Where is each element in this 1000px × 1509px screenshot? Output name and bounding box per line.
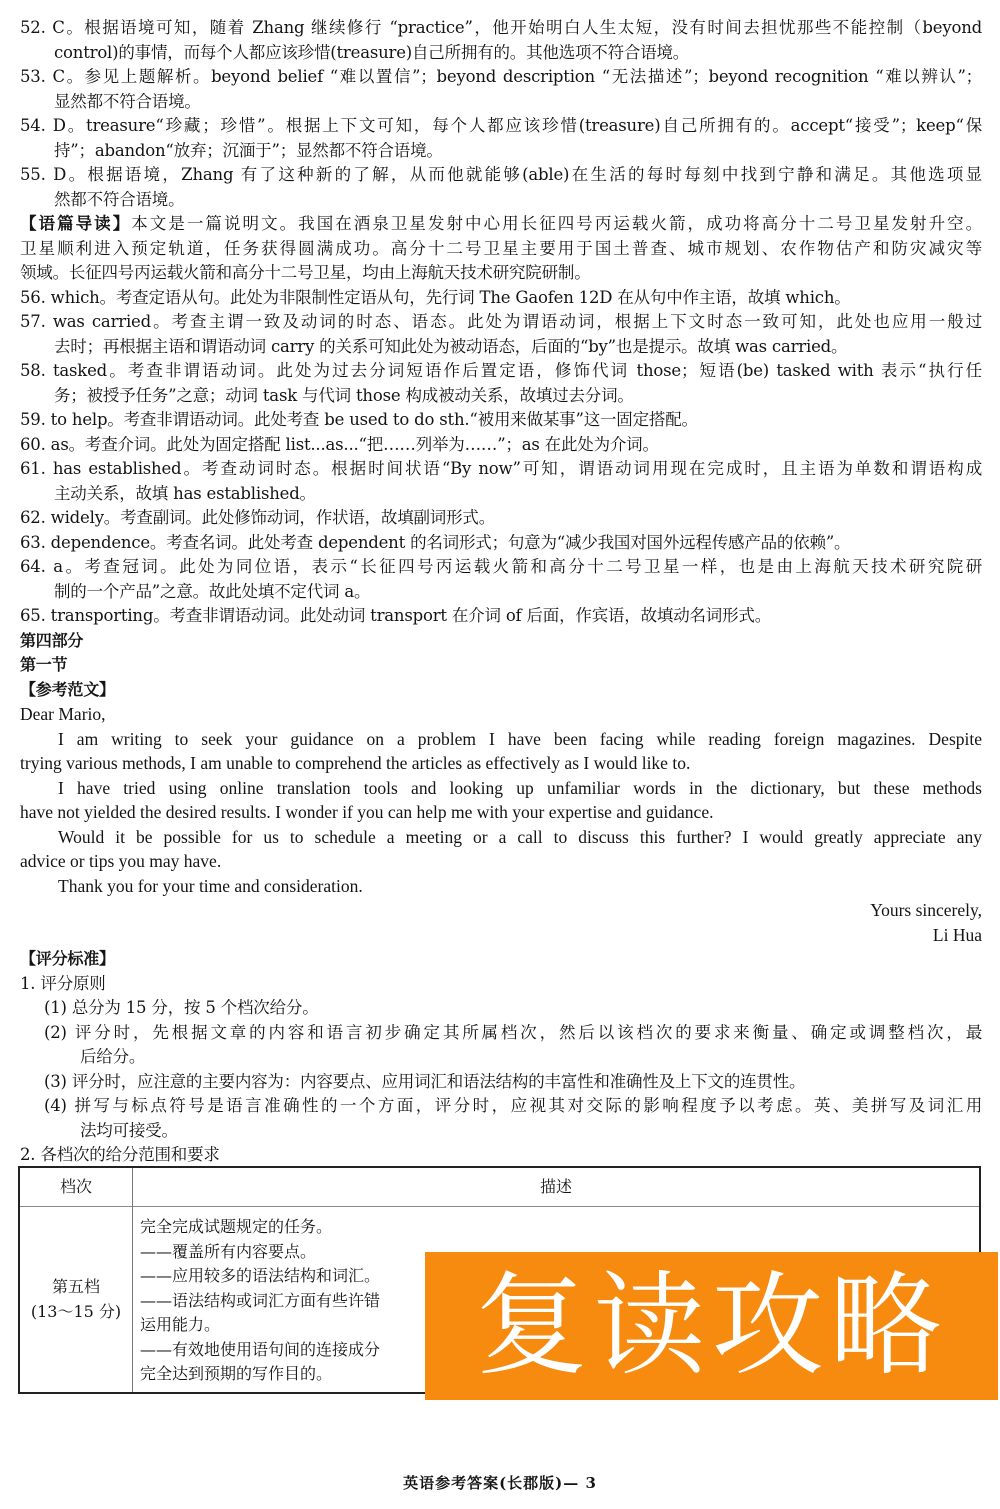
letter-closing: Yours sincerely, — [870, 898, 982, 922]
answer-60: 60. as。考查介词。此处为固定搭配 list...as...“把……列举为…… — [20, 433, 982, 457]
answer-58-line-1: 58. tasked。考查非谓语动词。此处为过去分词短语作后置定语，修饰代词 t… — [20, 359, 982, 383]
table-header-row: 档次 描述 — [20, 1168, 979, 1207]
principle-4-line-1: (4) 拼写与标点符号是语言准确性的一个方面，评分时，应视其对交际的影响程度予以… — [44, 1094, 982, 1118]
answer-63: 63. dependence。考查名词。此处考查 dependent 的名词形式… — [20, 531, 982, 555]
answer-54-line-1: 54. D。treasure“珍藏；珍惜”。根据上下文可知，每个人都应该珍惜(t… — [20, 114, 982, 138]
passage-guide-line-2: 卫星顺利进入预定轨道，任务获得圆满成功。高分十二号卫星主要用于国土普查、城市规划… — [20, 237, 982, 261]
grade-name: 第五档 — [52, 1274, 100, 1299]
passage-guide-line-3: 领域。长征四号丙运载火箭和高分十二号卫星，均由上海航天技术研究院研制。 — [20, 261, 982, 285]
table-column-divider — [132, 1168, 133, 1392]
letter-p4: Thank you for your time and consideratio… — [58, 874, 982, 898]
passage-guide-line-1: 【语篇导读】本文是一篇说明文。我国在酒泉卫星发射中心用长征四号丙运载火箭，成功将… — [20, 212, 982, 236]
principle-2-line-2: 后给分。 — [80, 1045, 982, 1069]
answer-52-line-2: control)的事情，而每个人都应该珍惜(treasure)自己所拥有的。其他… — [54, 41, 982, 65]
page-footer: 英语参考答案(长郡版)— 3 — [0, 1472, 1000, 1493]
levels-title: 2. 各档次的给分范围和要求 — [20, 1143, 982, 1167]
letter-p3-line-2: advice or tips you may have. — [20, 849, 982, 873]
table-header-description: 描述 — [133, 1168, 979, 1206]
answer-62: 62. widely。考查副词。此处修饰动词，作状语，故填副词形式。 — [20, 506, 982, 530]
letter-signature: Li Hua — [933, 923, 982, 947]
answer-57-line-1: 57. was carried。考查主谓一致及动词的时态、语态。此处为谓语动词，… — [20, 310, 982, 334]
answer-53-line-1: 53. C。参见上题解析。beyond belief “难以置信”；beyond… — [20, 65, 982, 89]
answer-59: 59. to help。考查非谓语动词。此处考查 be used to do s… — [20, 408, 982, 432]
section-title: 第一节 — [20, 653, 982, 677]
sample-essay-label: 【参考范文】 — [20, 678, 982, 702]
table-cell-grade: 第五档 (13～15 分) — [20, 1206, 132, 1392]
watermark-banner: 复读攻略 — [425, 1252, 998, 1400]
part4-title: 第四部分 — [20, 629, 982, 653]
principle-4-line-2: 法均可接受。 — [80, 1119, 982, 1143]
answer-52-line-1: 52. C。根据语境可知，随着 Zhang 继续修行 “practice”，他开… — [20, 16, 982, 40]
table-header-grade: 档次 — [20, 1168, 132, 1206]
passage-guide-label: 【语篇导读】 — [20, 214, 131, 233]
principle-3: (3) 评分时，应注意的主要内容为：内容要点、应用词汇和语法结构的丰富性和准确性… — [44, 1070, 982, 1094]
answer-61-line-1: 61. has established。考查动词时态。根据时间状语“By now… — [20, 457, 982, 481]
letter-salutation: Dear Mario, — [20, 702, 982, 726]
letter-p2-line-1: I have tried using online translation to… — [58, 776, 982, 800]
principle-1: (1) 总分为 15 分，按 5 个档次给分。 — [44, 996, 982, 1020]
description-line: 完全完成试题规定的任务。 — [140, 1215, 973, 1240]
letter-p1-line-2: trying various methods, I am unable to c… — [20, 751, 982, 775]
answer-55-line-2: 然都不符合语境。 — [54, 188, 982, 212]
answer-57-line-2: 去时；再根据主语和谓语动词 carry 的关系可知此处为被动语态，后面的“by”… — [54, 335, 982, 359]
answer-64-line-1: 64. a。考查冠词。此处为同位语，表示“长征四号丙运载火箭和高分十二号卫星一样… — [20, 555, 982, 579]
principle-2-line-1: (2) 评分时，先根据文章的内容和语言初步确定其所属档次，然后以该档次的要求来衡… — [44, 1021, 982, 1045]
answer-58-line-2: 务；被授予任务”之意；动词 task 与代词 those 构成被动关系，故填过去… — [54, 384, 982, 408]
letter-p2-line-2: have not yielded the desired results. I … — [20, 800, 982, 824]
answer-55-line-1: 55. D。根据语境，Zhang 有了这种新的了解，从而他就能够(able)在生… — [20, 163, 982, 187]
answer-key-page: 52. C。根据语境可知，随着 Zhang 继续修行 “practice”，他开… — [0, 0, 1000, 1509]
answer-64-line-2: 制的一个产品”之意。故此处填不定代词 a。 — [54, 580, 982, 604]
principles-title: 1. 评分原则 — [20, 972, 982, 996]
letter-p3-line-1: Would it be possible for us to schedule … — [58, 825, 982, 849]
scoring-label: 【评分标准】 — [20, 947, 982, 971]
grade-range: (13～15 分) — [31, 1299, 121, 1324]
watermark-text: 复读攻略 — [476, 1270, 948, 1382]
answer-61-line-2: 主动关系，故填 has established。 — [54, 482, 982, 506]
answer-65: 65. transporting。考查非谓语动词。此处动词 transport … — [20, 604, 982, 628]
answer-53-line-2: 显然都不符合语境。 — [54, 90, 982, 114]
letter-p1-line-1: I am writing to seek your guidance on a … — [58, 727, 982, 751]
answer-56: 56. which。考查定语从句。此处为非限制性定语从句，先行词 The Gao… — [20, 286, 982, 310]
answer-54-line-2: 持”；abandon“放弃；沉湎于”；显然都不符合语境。 — [54, 139, 982, 163]
